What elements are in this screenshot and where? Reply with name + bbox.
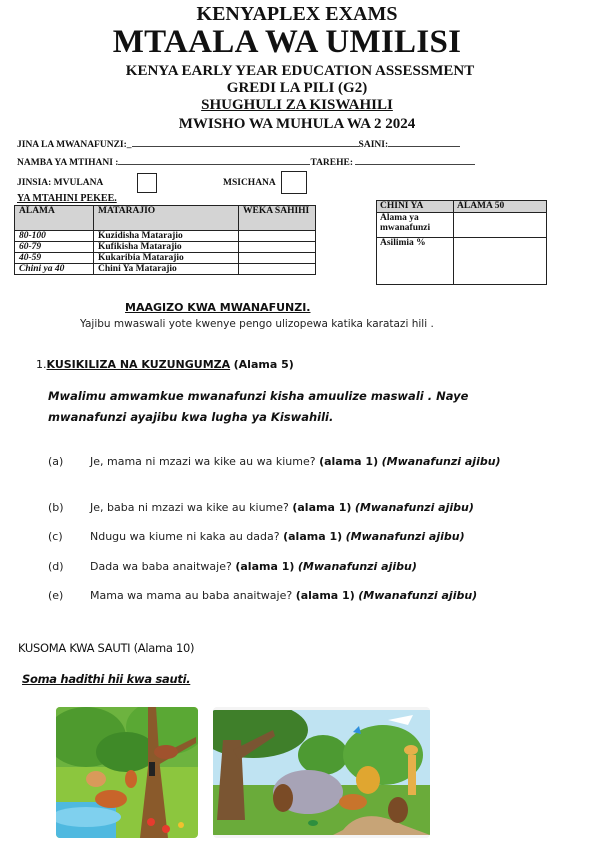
girl-checkbox[interactable] [281,171,307,194]
grade-range: 80-100 [15,231,94,242]
name-row: JINA LA MWANAFUNZI:_SAINI: [17,137,460,150]
grade-header-alama: ALAMA [15,206,94,231]
grade-range: 60-79 [15,242,94,253]
table-row: 80-100 Kuzidisha Matarajio [15,231,316,242]
date-label: TAREHE: [310,158,353,168]
exam-number-field[interactable] [118,155,310,165]
question-response: (Mwanafunzi ajibu) [346,530,465,543]
table-row: Asilimia % [377,238,547,285]
grade-expectation: Kuzidisha Matarajio [94,231,239,242]
jungle-illustration-icon [213,710,430,835]
score-header-alama-50: ALAMA 50 [454,201,547,213]
question-marks: (alama 1) [283,530,342,543]
question-marks: (alama 1) [296,589,355,602]
table-row: 60-79 Kufikisha Matarajio [15,242,316,253]
question-letter: (c) [48,530,90,543]
question-response: (Mwanafunzi ajibu) [358,589,477,602]
examiner-only-label: YA MTAHINI PEKEE. [17,193,117,204]
sign-field[interactable] [388,137,460,147]
score-header-chini-ya: CHINI YA [377,201,454,213]
instructions-text: Yajibu mwaswali yote kwenye pengo ulizop… [80,318,434,330]
question-response: (Mwanafunzi ajibu) [355,501,474,514]
grade-title: GREDI LA PILI (G2) [0,80,594,97]
instructions-title: MAAGIZO KWA MWANAFUNZI. [125,301,310,314]
grade-header-weka-sahihi: WEKA SAHIHI [239,206,316,231]
table-row: Alama ya mwanafunzi [377,213,547,238]
score-label: Alama ya mwanafunzi [377,213,454,238]
question-d: (d)Dada wa baba anaitwaje? (alama 1) (Mw… [48,560,417,573]
grade-tick-cell[interactable] [239,231,316,242]
question-letter: (d) [48,560,90,573]
question-response: (Mwanafunzi ajibu) [298,560,417,573]
boy-label: JINSIA: MVULANA [17,178,137,188]
forest-illustration-icon [56,707,198,838]
table-row: Chini ya 40 Chini Ya Matarajio [15,264,316,275]
exam-number-label: NAMBA YA MTIHANI : [17,158,118,168]
boy-checkbox[interactable] [137,173,157,193]
grade-expectation: Chini Ya Matarajio [94,264,239,275]
assessment-title: KENYA EARLY YEAR EDUCATION ASSESSMENT [3,63,594,80]
date-field[interactable] [355,155,475,165]
question-marks: (alama 1) [292,501,351,514]
section2-title: KUSOMA KWA SAUTI (Alama 10) [18,641,194,655]
section1-number: 1. [36,358,47,371]
girl-label: MSICHANA [223,178,281,188]
question-response: (Mwanafunzi ajibu) [382,455,501,468]
section1-title: KUSIKILIZA NA KUZUNGUMZA [47,358,231,371]
name-field[interactable] [132,137,359,147]
grade-expectation: Kukaribia Matarajio [94,253,239,264]
question-text: Ndugu wa kiume ni kaka au dada? [90,530,280,543]
publisher-title: KENYAPLEX EXAMS [0,3,594,26]
curriculum-title: MTAALA WA UMILISI [0,24,584,61]
grade-table: ALAMA MATARAJIO WEKA SAHIHI 80-100 Kuzid… [14,205,316,275]
question-text: Dada wa baba anaitwaje? [90,560,232,573]
grade-range: 40-59 [15,253,94,264]
score-value-cell[interactable] [454,238,547,285]
section1-marks: (Alama 5) [234,358,294,371]
sign-label: SAINI: [359,140,389,150]
question-e: (e)Mama wa mama au baba anaitwaje? (alam… [48,589,477,602]
question-a: (a)Je, mama ni mzazi wa kike au wa kiume… [48,454,548,469]
grade-tick-cell[interactable] [239,242,316,253]
question-letter: (b) [48,501,90,514]
question-b: (b)Je, baba ni mzazi wa kike au kiume? (… [48,501,474,514]
score-label: Asilimia % [377,238,454,285]
grade-range: Chini ya 40 [15,264,94,275]
score-value-cell[interactable] [454,213,547,238]
grade-header-matarajio: MATARAJIO [94,206,239,231]
term-title: MWISHO WA MUHULA WA 2 2024 [0,116,594,133]
score-table: CHINI YA ALAMA 50 Alama ya mwanafunzi As… [376,200,547,285]
question-marks: (alama 1) [319,455,378,468]
forest-animals-river-illustration [56,707,198,838]
question-letter: (a) [48,454,90,469]
exam-number-row: NAMBA YA MTIHANI :TAREHE: [17,155,475,168]
grade-tick-cell[interactable] [239,264,316,275]
grade-tick-cell[interactable] [239,253,316,264]
question-c: (c)Ndugu wa kiume ni kaka au dada? (alam… [48,530,465,543]
jungle-animals-illustration [213,707,430,838]
section1-heading: 1.KUSIKILIZA NA KUZUNGUMZA (Alama 5) [36,358,294,371]
question-marks: (alama 1) [235,560,294,573]
subject-title: SHUGHULI ZA KISWAHILI [0,97,594,114]
section2-subtitle: Soma hadithi hii kwa sauti. [22,672,190,686]
question-text: Je, baba ni mzazi wa kike au kiume? [90,501,289,514]
gender-row: JINSIA: MVULANAMSICHANA [17,171,307,194]
question-text: Mama wa mama au baba anaitwaje? [90,589,292,602]
section1-instruction: Mwalimu amwamkue mwanafunzi kisha amuuli… [48,386,548,428]
question-text: Je, mama ni mzazi wa kike au wa kiume? [90,455,316,468]
table-row: 40-59 Kukaribia Matarajio [15,253,316,264]
question-letter: (e) [48,589,90,602]
name-label: JINA LA MWANAFUNZI:_ [17,140,132,150]
grade-expectation: Kufikisha Matarajio [94,242,239,253]
